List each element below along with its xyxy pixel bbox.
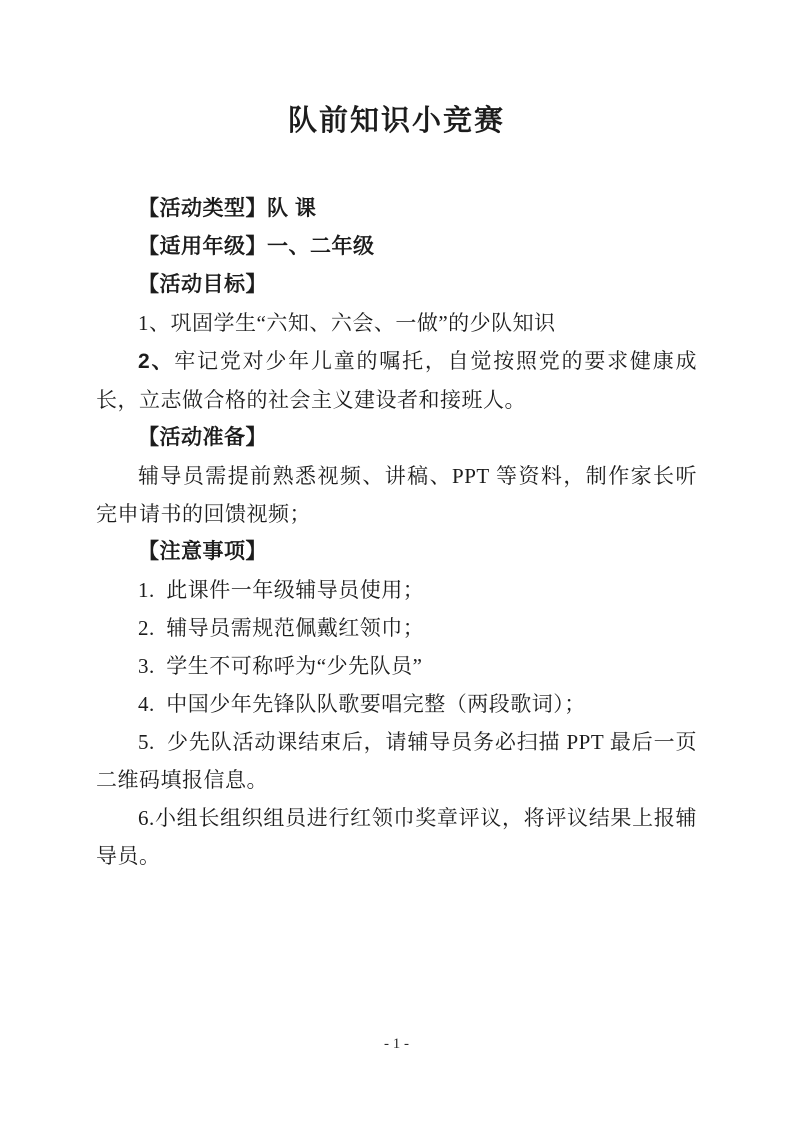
goal-item-2-text: 牢记党对少年儿童的嘱托，自觉按照党的要求健康成长，立志做合格的社会主义建设者和接… (96, 349, 697, 412)
goal-item-1: 1、巩固学生“六知、六会、一做”的少队知识 (96, 304, 697, 342)
document-page: 队前知识小竞赛 【活动类型】队 课 【适用年级】一、二年级 【活动目标】 1、巩… (0, 0, 793, 1122)
section-heading-grade: 【适用年级】一、二年级 (96, 228, 697, 266)
document-body: 【活动类型】队 课 【适用年级】一、二年级 【活动目标】 1、巩固学生“六知、六… (96, 190, 697, 875)
note-item-6: 6.小组长组织组员进行红领巾奖章评议，将评议结果上报辅导员。 (96, 799, 697, 875)
note-item-3: 3. 学生不可称呼为“少先队员” (96, 647, 697, 685)
note-item-2: 2. 辅导员需规范佩戴红领巾； (96, 609, 697, 647)
note-item-4: 4. 中国少年先锋队队歌要唱完整（两段歌词）； (96, 685, 697, 723)
note-item-5: 5. 少先队活动课结束后，请辅导员务必扫描 PPT 最后一页二维码填报信息。 (96, 723, 697, 799)
section-heading-activity-type: 【活动类型】队 课 (96, 190, 697, 228)
section-heading-goals: 【活动目标】 (96, 266, 697, 304)
document-title: 队前知识小竞赛 (0, 100, 793, 142)
page-number: - 1 - (0, 1032, 793, 1056)
note-item-1: 1. 此课件一年级辅导员使用； (96, 571, 697, 609)
goal-item-2-number: 2、 (138, 350, 174, 373)
section-heading-preparation: 【活动准备】 (96, 419, 697, 457)
goal-item-2: 2、牢记党对少年儿童的嘱托，自觉按照党的要求健康成长，立志做合格的社会主义建设者… (96, 342, 697, 419)
section-heading-notes: 【注意事项】 (96, 533, 697, 571)
preparation-paragraph: 辅导员需提前熟悉视频、讲稿、PPT 等资料，制作家长听完申请书的回馈视频； (96, 457, 697, 533)
